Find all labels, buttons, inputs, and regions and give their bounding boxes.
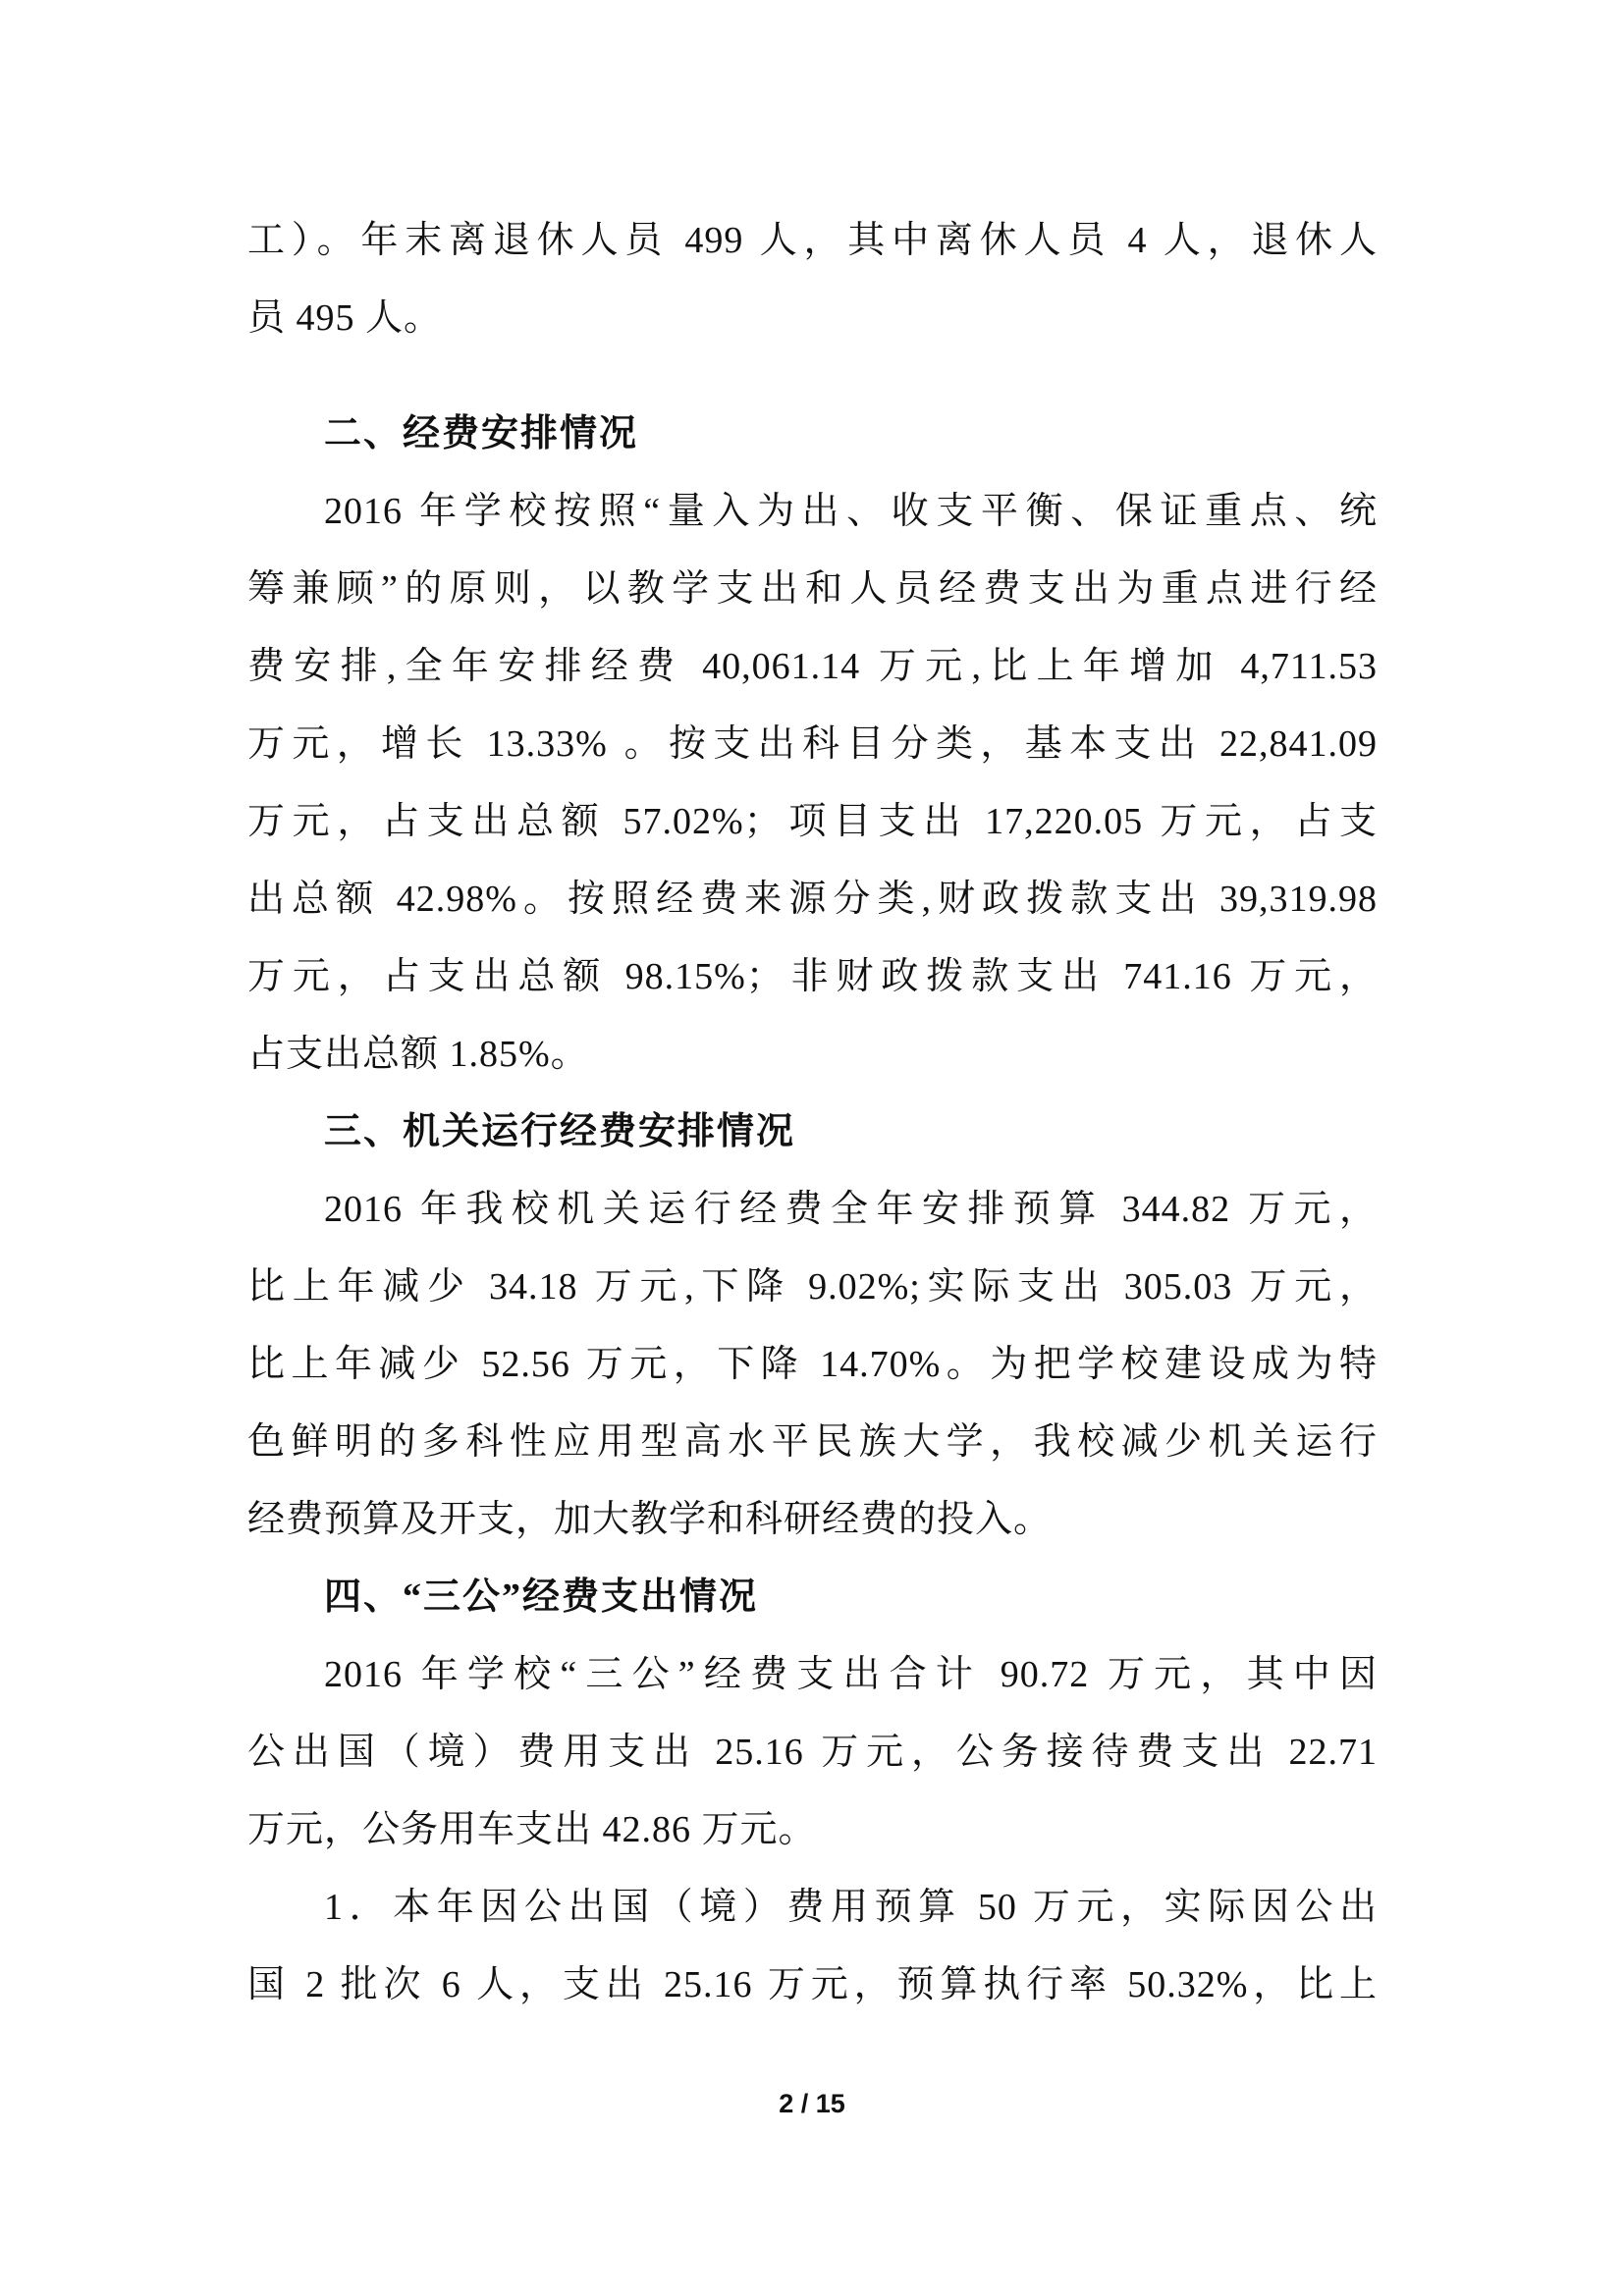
text-line: 万元，公务用车支出 42.86 万元。 [247,1791,1378,1869]
document-lines: 工）。年末离退休人员 499 人，其中离休人员 4 人，退休人员 495 人。二… [247,202,1378,2024]
footer: 2 / 15 [0,2089,1624,2119]
text-line: 员 495 人。 [247,280,1378,357]
text-line: 2016 年学校“三公”经费支出合计 90.72 万元，其中因 [247,1636,1378,1714]
text-line: 公出国（境）费用支出 25.16 万元，公务接待费支出 22.71 [247,1714,1378,1791]
text-line: 出总额 42.98%。按照经费来源分类,财政拨款支出 39,319.98 [247,861,1378,938]
section-heading: 四、“三公”经费支出情况 [247,1559,1378,1636]
text-line: 色鲜明的多科性应用型高水平民族大学，我校减少机关运行 [247,1404,1378,1481]
text-line: 2016 年学校按照“量入为出、收支平衡、保证重点、统 [247,473,1378,551]
page-number: 2 / 15 [779,2089,845,2118]
text-line: 筹兼顾”的原则，以教学支出和人员经费支出为重点进行经 [247,551,1378,628]
text-line: 万元，增长 13.33% 。按支出科目分类，基本支出 22,841.09 [247,706,1378,783]
document-page: 工）。年末离退休人员 499 人，其中离休人员 4 人，退休人员 495 人。二… [0,0,1624,2296]
text-line: 国 2 批次 6 人，支出 25.16 万元，预算执行率 50.32%，比上 [247,1947,1378,2024]
section-heading: 三、机关运行经费安排情况 [247,1094,1378,1171]
text-line: 2016 年我校机关运行经费全年安排预算 344.82 万元， [247,1171,1378,1249]
text-line: 工）。年末离退休人员 499 人，其中离休人员 4 人，退休人 [247,202,1378,280]
text-line: 1．本年因公出国（境）费用预算 50 万元，实际因公出 [247,1869,1378,1947]
section-heading: 二、经费安排情况 [247,396,1378,473]
text-line: 比上年减少 52.56 万元，下降 14.70%。为把学校建设成为特 [247,1326,1378,1404]
text-line: 占支出总额 1.85%。 [247,1016,1378,1094]
text-line: 经费预算及开支，加大教学和科研经费的投入。 [247,1481,1378,1559]
text-line: 费安排,全年安排经费 40,061.14 万元,比上年增加 4,711.53 [247,628,1378,706]
text-line: 万元，占支出总额 98.15%；非财政拨款支出 741.16 万元， [247,938,1378,1016]
text-line: 万元，占支出总额 57.02%；项目支出 17,220.05 万元，占支 [247,783,1378,861]
text-line: 比上年减少 34.18 万元,下降 9.02%;实际支出 305.03 万元， [247,1249,1378,1326]
